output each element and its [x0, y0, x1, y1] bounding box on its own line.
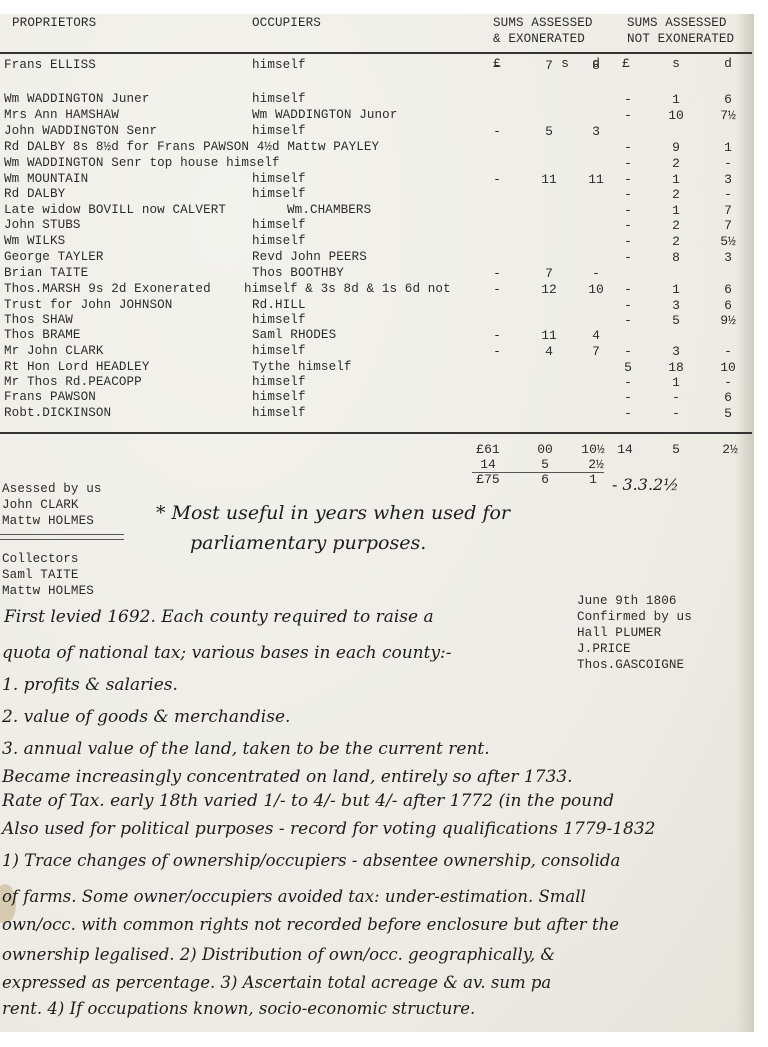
handwritten-line: Became increasingly concentrated on land…: [2, 764, 573, 790]
not-exonerated-amount: 6: [713, 390, 743, 406]
proprietor-cell: Thos.MARSH 9s 2d Exonerated: [4, 282, 211, 298]
not-exonerated-amount: 9: [661, 140, 691, 156]
exonerated-amount: -: [482, 266, 512, 282]
not-exonerated-amount: 6: [713, 92, 743, 108]
not-exonerated-amount: -: [613, 187, 643, 203]
not-exonerated-amount: -: [713, 344, 743, 360]
proprietor-cell: Wm WADDINGTON Senr top house himself: [4, 156, 280, 172]
exonerated-amount: 11: [534, 172, 564, 188]
assessors-title: Asessed by us: [2, 482, 102, 498]
exonerated-amount: -: [482, 282, 512, 298]
proprietor-cell: Wm WADDINGTON Juner: [4, 92, 150, 108]
confirmation-name: Hall PLUMER: [577, 626, 661, 642]
exonerated-amount: 4: [581, 328, 611, 344]
proprietor-cell: Wm WILKS: [4, 234, 65, 250]
header-not-exonerated-1: SUMS ASSESSED: [627, 16, 727, 32]
proprietor-cell: Rt Hon Lord HEADLEY: [4, 360, 150, 376]
totals-rule: [0, 432, 752, 434]
proprietor-cell: Thos SHAW: [4, 313, 73, 329]
handwritten-line: of farms. Some owner/occupiers avoided t…: [2, 884, 586, 910]
exonerated-amount: 7: [581, 344, 611, 360]
handwritten-line: quota of national tax; various bases in …: [2, 640, 452, 666]
not-exonerated-amount: -: [713, 375, 743, 391]
assessor-name: Mattw HOLMES: [2, 514, 94, 530]
occupier-cell: Revd John PEERS: [252, 250, 367, 266]
occupier-cell: Saml RHODES: [252, 328, 336, 344]
proprietor-cell: Trust for John JOHNSON: [4, 298, 172, 314]
handwritten-line: First levied 1692. Each county required …: [4, 604, 434, 630]
not-exonerated-amount: -: [613, 92, 643, 108]
not-exonerated-amount: 7½: [713, 108, 743, 124]
occupier-cell: himself: [252, 375, 306, 391]
proprietor-cell: Rd DALBY: [4, 187, 65, 203]
total-amount: 10½: [578, 442, 608, 458]
not-exonerated-amount: 2: [661, 234, 691, 250]
not-exonerated-amount: 1: [661, 92, 691, 108]
handwritten-note-line: * Most useful in years when used for: [156, 500, 510, 526]
document-page: PROPRIETORS OCCUPIERS SUMS ASSESSED & EX…: [0, 14, 752, 1032]
not-exonerated-amount: 1: [661, 203, 691, 219]
occupier-cell: Thos BOOTHBY: [252, 266, 344, 282]
not-exonerated-amount: 3: [661, 344, 691, 360]
proprietor-cell: Mrs Ann HAMSHAW: [4, 108, 119, 124]
proprietor-cell: Robt.DICKINSON: [4, 406, 111, 422]
handwritten-line: 2. value of goods & merchandise.: [2, 704, 290, 730]
not-exonerated-amount: -: [661, 406, 691, 422]
total-amount: 2½: [581, 457, 611, 473]
confirmation-date: June 9th 1806: [577, 594, 677, 610]
not-exonerated-amount: 2: [661, 218, 691, 234]
occupier-cell: himself: [252, 172, 306, 188]
occupier-cell: himself: [252, 234, 306, 250]
occupier-cell: himself: [252, 390, 306, 406]
not-exonerated-amount: -: [661, 390, 691, 406]
not-exonerated-amount: 1: [661, 375, 691, 391]
not-exonerated-amount: 2: [661, 156, 691, 172]
occupier-cell: himself: [252, 344, 306, 360]
header-proprietors: PROPRIETORS: [12, 16, 96, 32]
proprietor-cell: John STUBS: [4, 218, 81, 234]
proprietor-cell: Mr Thos Rd.PEACOPP: [4, 375, 142, 391]
not-exonerated-amount: 7: [713, 203, 743, 219]
proprietor-cell: Brian TAITE: [4, 266, 88, 282]
not-exonerated-amount: -: [613, 250, 643, 266]
header-rule: [0, 52, 752, 54]
handwritten-line: Rate of Tax. early 18th varied 1/- to 4/…: [2, 788, 614, 814]
currency-header: d: [713, 56, 743, 72]
not-exonerated-amount: -: [713, 156, 743, 172]
handwritten-line: 3. annual value of the land, taken to be…: [2, 736, 490, 762]
exonerated-amount: -: [482, 328, 512, 344]
not-exonerated-amount: 2: [661, 187, 691, 203]
total-amount: 00: [530, 442, 560, 458]
header-occupiers: OCCUPIERS: [252, 16, 321, 32]
exonerated-amount: 10: [581, 282, 611, 298]
handwritten-line: expressed as percentage. 3) Ascertain to…: [2, 970, 551, 996]
not-exonerated-amount: -: [613, 140, 643, 156]
total-amount: £75: [473, 472, 503, 488]
confirmation-name: J.PRICE: [577, 642, 631, 658]
handwritten-line: own/occ. with common rights not recorded…: [2, 912, 619, 938]
not-exonerated-amount: 6: [713, 298, 743, 314]
proprietor-cell: Mr John CLARK: [4, 344, 104, 360]
proprietor-cell: Wm MOUNTAIN: [4, 172, 88, 188]
occupier-cell: himself & 3s 8d & 1s 6d not: [244, 282, 451, 298]
header-exonerated-2: & EXONERATED: [493, 32, 585, 48]
exonerated-amount: 11: [581, 172, 611, 188]
not-exonerated-amount: -: [613, 313, 643, 329]
occupier-cell: himself: [252, 218, 306, 234]
exonerated-amount: 7: [534, 266, 564, 282]
not-exonerated-amount: 5½: [713, 234, 743, 250]
collectors-title: Collectors: [2, 552, 79, 568]
occupier-cell: himself: [252, 92, 306, 108]
not-exonerated-amount: 5: [613, 360, 643, 376]
not-exonerated-amount: 3: [661, 298, 691, 314]
handwritten-line: 1. profits & salaries.: [2, 672, 178, 698]
not-exonerated-amount: -: [613, 156, 643, 172]
proprietor-cell: Late widow BOVILL now CALVERT: [4, 203, 226, 219]
not-exonerated-amount: -: [613, 203, 643, 219]
not-exonerated-amount: 7: [713, 218, 743, 234]
assessor-name: John CLARK: [2, 498, 79, 514]
not-exonerated-amount: 1: [661, 282, 691, 298]
exonerated-amount: 3: [581, 124, 611, 140]
total-amount: 14: [610, 442, 640, 458]
exonerated-amount: 5: [534, 124, 564, 140]
signature-rule: [0, 534, 124, 535]
proprietor-cell: Frans ELLISS: [4, 58, 96, 74]
not-exonerated-amount: -: [613, 234, 643, 250]
occupier-cell: Tythe himself: [252, 360, 352, 376]
occupier-cell: himself: [252, 124, 306, 140]
handwritten-line: ownership legalised. 2) Distribution of …: [2, 942, 555, 968]
not-exonerated-amount: 1: [713, 140, 743, 156]
handwritten-line: 1) Trace changes of ownership/occupiers …: [2, 848, 620, 874]
not-exonerated-amount: -: [613, 406, 643, 422]
confirmation-label: Confirmed by us: [577, 610, 692, 626]
signature-rule: [0, 539, 124, 540]
handwritten-total-note: - 3.3.2½: [612, 472, 679, 498]
currency-header: £: [611, 56, 641, 72]
exonerated-amount: -: [482, 344, 512, 360]
not-exonerated-amount: -: [613, 218, 643, 234]
not-exonerated-amount: 5: [661, 313, 691, 329]
exonerated-amount: -: [581, 266, 611, 282]
not-exonerated-amount: -: [613, 390, 643, 406]
total-amount: 2½: [715, 442, 745, 458]
handwritten-line: Also used for political purposes - recor…: [2, 816, 656, 842]
not-exonerated-amount: -: [613, 282, 643, 298]
total-amount: 6: [530, 472, 560, 488]
not-exonerated-amount: -: [613, 108, 643, 124]
proprietor-cell: Frans PAWSON: [4, 390, 96, 406]
not-exonerated-amount: 10: [661, 108, 691, 124]
not-exonerated-amount: 1: [661, 172, 691, 188]
subtotal-rule: [472, 472, 604, 473]
not-exonerated-amount: 5: [713, 406, 743, 422]
header-exonerated-1: SUMS ASSESSED: [493, 16, 593, 32]
collector-name: Saml TAITE: [2, 568, 79, 584]
total-amount: £61: [473, 442, 503, 458]
not-exonerated-amount: 3: [713, 172, 743, 188]
proprietor-cell: John WADDINGTON Senr: [4, 124, 157, 140]
total-amount: 1: [578, 472, 608, 488]
not-exonerated-amount: 3: [713, 250, 743, 266]
occupier-cell: himself: [252, 58, 306, 74]
occupier-cell: himself: [252, 313, 306, 329]
exonerated-amount: 7: [534, 58, 564, 74]
proprietor-cell: George TAYLER: [4, 250, 104, 266]
not-exonerated-amount: -: [713, 187, 743, 203]
not-exonerated-amount: 10: [713, 360, 743, 376]
not-exonerated-amount: -: [613, 344, 643, 360]
occupier-cell: himself: [252, 187, 306, 203]
not-exonerated-amount: -: [613, 298, 643, 314]
currency-header: s: [661, 56, 691, 72]
not-exonerated-amount: 9½: [713, 313, 743, 329]
exonerated-amount: -: [482, 58, 512, 74]
occupier-cell: Wm.CHAMBERS: [287, 203, 371, 219]
handwritten-note-line: parliamentary purposes.: [190, 530, 426, 556]
exonerated-amount: 12: [534, 282, 564, 298]
exonerated-amount: -: [482, 172, 512, 188]
not-exonerated-amount: -: [613, 375, 643, 391]
exonerated-amount: 8: [581, 58, 611, 74]
exonerated-amount: 4: [534, 344, 564, 360]
proprietor-cell: Thos BRAME: [4, 328, 81, 344]
total-amount: 5: [661, 442, 691, 458]
handwritten-line: rent. 4) If occupations known, socio-eco…: [2, 996, 475, 1022]
occupier-cell: himself: [252, 406, 306, 422]
header-not-exonerated-2: NOT EXONERATED: [627, 32, 734, 48]
exonerated-amount: 11: [534, 328, 564, 344]
not-exonerated-amount: 18: [661, 360, 691, 376]
exonerated-amount: -: [482, 124, 512, 140]
total-amount: 14: [473, 457, 503, 473]
occupier-cell: Rd.HILL: [252, 298, 306, 314]
not-exonerated-amount: -: [613, 172, 643, 188]
proprietor-cell: Rd DALBY 8s 8½d for Frans PAWSON 4½d Mat…: [4, 140, 379, 156]
total-amount: 5: [530, 457, 560, 473]
not-exonerated-amount: 8: [661, 250, 691, 266]
not-exonerated-amount: 6: [713, 282, 743, 298]
occupier-cell: Wm WADDINGTON Junor: [252, 108, 398, 124]
confirmation-name: Thos.GASCOIGNE: [577, 658, 684, 674]
collector-name: Mattw HOLMES: [2, 584, 94, 600]
